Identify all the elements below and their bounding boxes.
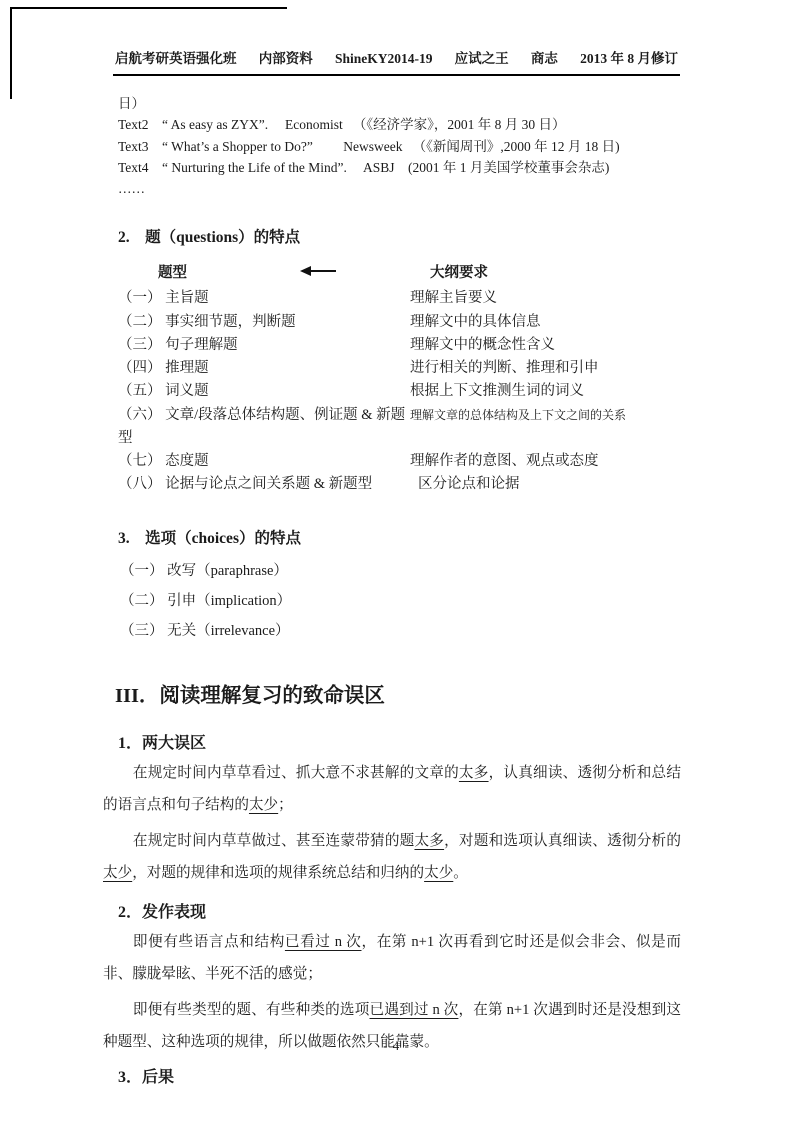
question-type-cell: （七） 态度题 xyxy=(118,450,410,473)
table-row: （八） 论据与论点之间关系题 & 新题型 区分论点和论据 xyxy=(118,473,680,496)
header-author: 商志 xyxy=(531,47,558,67)
header-doc-code: ShineKY2014-19 xyxy=(335,51,433,67)
underlined-text: 太少 xyxy=(424,865,453,881)
reference-line: Text2 “ As easy as ZYX”. Economist （《经济学… xyxy=(118,114,680,135)
long-left-arrow-icon xyxy=(302,270,336,272)
reference-line: 日） xyxy=(118,93,680,114)
question-type-cell: （二） 事实细节题，判断题 xyxy=(118,311,410,334)
text-segment: ，对题和选项认真细读、透彻分析的 xyxy=(444,833,681,849)
text-segment: 即便有些类型的题、有些种类的选项 xyxy=(133,1002,370,1018)
header-series-name: 应试之王 xyxy=(455,47,509,67)
table-row: （四） 推理题 进行相关的判断、推理和引申 xyxy=(118,357,680,380)
text-segment: ； xyxy=(278,797,293,813)
underlined-text: 太少 xyxy=(249,797,278,813)
subsection-heading-symptoms: 2．发作表现 xyxy=(118,899,680,922)
page-frame-top-line xyxy=(10,7,287,9)
page-content: 启航考研英语强化班 内部资料 ShineKY2014-19 应试之王 商志 20… xyxy=(0,47,793,1087)
column-header-syllabus-requirement: 大纲要求 xyxy=(410,261,488,287)
header-material-type: 内部资料 xyxy=(259,47,313,67)
underlined-text: 太少 xyxy=(103,865,132,881)
section-heading-questions: 2. 题（questions）的特点 xyxy=(118,225,680,247)
table-row: （七） 态度题 理解作者的意图、观点或态度 xyxy=(118,450,680,473)
header-course-name: 启航考研英语强化班 xyxy=(115,47,237,67)
page-header: 启航考研英语强化班 内部资料 ShineKY2014-19 应试之王 商志 20… xyxy=(113,47,680,76)
question-type-cell: （四） 推理题 xyxy=(118,357,410,380)
header-revision-date: 2013 年 8 月修订 xyxy=(580,47,678,67)
questions-table-header: 题型 大纲要求 xyxy=(118,261,680,287)
paragraph: 在规定时间内草草做过、甚至连蒙带猜的题太多，对题和选项认真细读、透彻分析的太少，… xyxy=(103,825,681,889)
requirement-cell: 理解作者的意图、观点或态度 xyxy=(410,450,599,473)
reference-line: Text4 “ Nurturing the Life of the Mind”.… xyxy=(118,157,680,178)
requirement-cell: 理解文章的总体结构及上下文之间的关系 xyxy=(410,404,626,450)
requirement-cell: 区分论点和论据 xyxy=(410,473,520,496)
list-item: （二） 引申（implication） xyxy=(120,586,680,616)
question-type-cell: （三） 句子理解题 xyxy=(118,334,410,357)
text-segment: 在规定时间内草草做过、甚至连蒙带猜的题 xyxy=(133,833,415,849)
document-page: 启航考研英语强化班 内部资料 ShineKY2014-19 应试之王 商志 20… xyxy=(0,0,793,1122)
table-row: （六） 文章/段落总体结构题、例证题 & 新题型 理解文章的总体结构及上下文之间… xyxy=(118,404,680,450)
section-heading-choices: 3. 选项（choices）的特点 xyxy=(118,526,680,548)
text-segment: ，对题的规律和选项的规律系统总结和归纳的 xyxy=(132,865,424,881)
reference-line: Text3 “ What’s a Shopper to Do?” Newswee… xyxy=(118,136,680,157)
requirement-cell: 理解文中的具体信息 xyxy=(410,311,541,334)
subsection-heading-misareas: 1．两大误区 xyxy=(118,730,680,753)
requirement-cell: 根据上下文推测生词的词义 xyxy=(410,380,584,403)
paragraph: 即便有些语言点和结构已看过 n 次，在第 n+1 次再看到它时还是似会非会、似是… xyxy=(103,926,681,990)
text-segment: 在规定时间内草草看过、抓大意不求甚解的文章的 xyxy=(133,765,459,781)
page-frame-left-line xyxy=(10,7,12,99)
question-type-cell: （一） 主旨题 xyxy=(118,287,410,310)
question-type-cell: （八） 论据与论点之间关系题 & 新题型 xyxy=(118,473,410,496)
table-row: （五） 词义题 根据上下文推测生词的词义 xyxy=(118,380,680,403)
column-header-question-type: 题型 xyxy=(118,261,410,287)
underlined-text: 已遇到过 n 次 xyxy=(370,1002,459,1018)
paragraph: 在规定时间内草草看过、抓大意不求甚解的文章的太多，认真细读、透彻分析和总结的语言… xyxy=(103,757,681,821)
requirement-cell: 进行相关的判断、推理和引申 xyxy=(410,357,599,380)
requirement-cell: 理解主旨要义 xyxy=(410,287,497,310)
requirement-cell: 理解文中的概念性含义 xyxy=(410,334,555,357)
list-item: （一） 改写（paraphrase） xyxy=(120,556,680,586)
question-type-cell: （六） 文章/段落总体结构题、例证题 & 新题型 xyxy=(118,404,410,450)
underlined-text: 已看过 n 次 xyxy=(285,934,362,950)
page-number: - 4 - xyxy=(0,1038,793,1054)
underlined-text: 太多 xyxy=(459,765,489,781)
table-row: （二） 事实细节题，判断题 理解文中的具体信息 xyxy=(118,311,680,334)
subsection-heading-consequences: 3．后果 xyxy=(118,1064,680,1087)
question-type-cell: （五） 词义题 xyxy=(118,380,410,403)
part3-heading: III．阅读理解复习的致命误区 xyxy=(115,678,680,708)
underlined-text: 太多 xyxy=(414,833,444,849)
reference-ellipsis: …… xyxy=(118,178,680,199)
table-row: （三） 句子理解题 理解文中的概念性含义 xyxy=(118,334,680,357)
choices-list: （一） 改写（paraphrase） （二） 引申（implication） （… xyxy=(103,556,680,646)
text-segment: 。 xyxy=(453,865,468,881)
list-item: （三） 无关（irrelevance） xyxy=(120,616,680,646)
text-segment: 即便有些语言点和结构 xyxy=(133,934,285,950)
text-reference-list: 日） Text2 “ As easy as ZYX”. Economist （《… xyxy=(118,93,680,199)
questions-table-rows: （一） 主旨题 理解主旨要义 （二） 事实细节题，判断题 理解文中的具体信息 （… xyxy=(118,287,680,496)
questions-table: 题型 大纲要求 （一） 主旨题 理解主旨要义 （二） 事实细节题，判断题 理解文… xyxy=(118,261,680,496)
table-row: （一） 主旨题 理解主旨要义 xyxy=(118,287,680,310)
